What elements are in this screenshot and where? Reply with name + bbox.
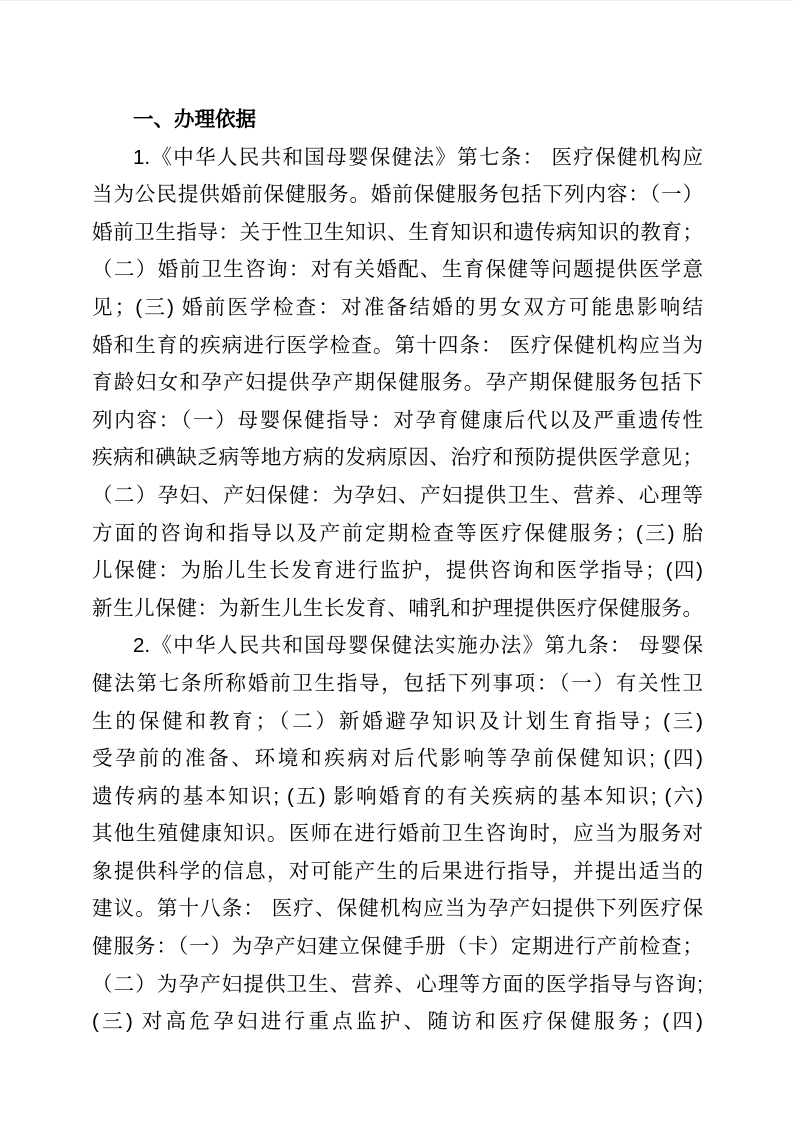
text-line: 当为公民提供婚前保健服务。婚前保健服务包括下列内容：（一） (92, 176, 703, 214)
text-line: （二）婚前卫生咨询：对有关婚配、生育保健等问题提供医学意 (92, 251, 703, 289)
text-line: 育龄妇女和孕产妇提供孕产期保健服务。孕产期保健服务包括下 (92, 364, 703, 402)
text-line: 象提供科学的信息，对可能产生的后果进行指导，并提出适当的 (92, 853, 703, 891)
text-line: 其他生殖健康知识。医师在进行婚前卫生咨询时，应当为服务对 (92, 815, 703, 853)
paragraph-maternal-infant-health-law: 1.《中华人民共和国母婴保健法》第七条： 医疗保健机构应当为公民提供婚前保健服务… (92, 139, 703, 628)
text-line: （二）为孕产妇提供卫生、营养、心理等方面的医学指导与咨询; (92, 966, 703, 1004)
text-line: 建议。第十八条： 医疗、保健机构应当为孕产妇提供下列医疗保 (92, 890, 703, 928)
text-line: 遗传病的基本知识; (五) 影响婚育的有关疾病的基本知识; (六) (92, 778, 703, 816)
text-line: 2.《中华人民共和国母婴保健法实施办法》第九条： 母婴保 (92, 627, 703, 665)
section-heading: 一、办理依据 (92, 101, 703, 139)
text-line: 新生儿保健：为新生儿生长发育、哺乳和护理提供医疗保健服务。 (92, 590, 703, 628)
document-content: 一、办理依据 1.《中华人民共和国母婴保健法》第七条： 医疗保健机构应当为公民提… (92, 101, 703, 1041)
text-line: 儿保健：为胎儿生长发育进行监护，提供咨询和医学指导；(四) (92, 552, 703, 590)
text-line: 婚和生育的疾病进行医学检查。第十四条： 医疗保健机构应当为 (92, 327, 703, 365)
text-line: 受孕前的准备、环境和疾病对后代影响等孕前保健知识; (四) (92, 740, 703, 778)
text-line: 列内容：（一）母婴保健指导：对孕育健康后代以及严重遗传性 (92, 402, 703, 440)
document-page: 一、办理依据 1.《中华人民共和国母婴保健法》第七条： 医疗保健机构应当为公民提… (0, 0, 793, 1122)
text-line: （二）孕妇、产妇保健：为孕妇、产妇提供卫生、营养、心理等 (92, 477, 703, 515)
text-line: 健法第七条所称婚前卫生指导，包括下列事项：（一）有关性卫 (92, 665, 703, 703)
text-line: 见；(三) 婚前医学检查：对准备结婚的男女双方可能患影响结 (92, 289, 703, 327)
text-line: 婚前卫生指导：关于性卫生知识、生育知识和遗传病知识的教育； (92, 214, 703, 252)
text-line: 疾病和碘缺乏病等地方病的发病原因、治疗和预防提供医学意见； (92, 439, 703, 477)
text-line: (三) 对高危孕妇进行重点监护、随访和医疗保健服务；(四) (92, 1003, 703, 1041)
text-line: 健服务：（一）为孕产妇建立保健手册（卡）定期进行产前检查； (92, 928, 703, 966)
text-line: 方面的咨询和指导以及产前定期检查等医疗保健服务；(三) 胎 (92, 515, 703, 553)
text-line: 1.《中华人民共和国母婴保健法》第七条： 医疗保健机构应 (92, 139, 703, 177)
text-line: 生的保健和教育；（二）新婚避孕知识及计划生育指导；(三) (92, 703, 703, 741)
paragraph-implementation-measures: 2.《中华人民共和国母婴保健法实施办法》第九条： 母婴保健法第七条所称婚前卫生指… (92, 627, 703, 1041)
